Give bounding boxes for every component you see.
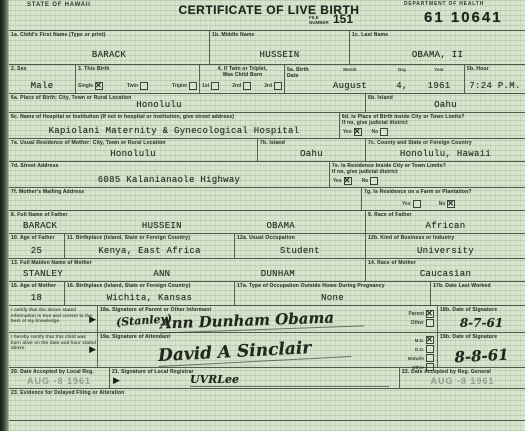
field-mailing-address: 7f. Mother's Mailing Address <box>9 188 361 210</box>
field-last-name: 1c. Last Name OBAMA, II <box>349 31 525 64</box>
field-value: 6085 Kalanianaole Highway <box>9 175 329 185</box>
row-hospital: 6c. Name of Hospital or Institution (If … <box>9 112 525 138</box>
checkbox-yes <box>413 200 421 208</box>
option-label: Yes <box>343 129 352 135</box>
statement-text: I hereby certify that this child was bor… <box>9 333 97 351</box>
field-label: 3. This Birth <box>76 65 199 72</box>
signature-arrow-icon: ▶ <box>113 376 120 385</box>
field-label: 7d. Street Address <box>9 162 329 169</box>
field-hospital: 6c. Name of Hospital or Institution (If … <box>9 113 339 138</box>
field-mother-race: 14. Race of Mother Caucasian <box>365 259 525 281</box>
field-label: 17b. Date Last Worked <box>431 282 525 289</box>
field-informant-date: 18b. Date of Signature 8-7-61 <box>437 306 525 332</box>
row-mother-name: 13. Full Maiden Name of Mother STANLEY A… <box>9 258 525 281</box>
field-value: 7:24 P.M. <box>465 81 525 91</box>
field-label: 7b. Island <box>258 139 365 146</box>
field-value: Honolulu <box>9 100 309 110</box>
checkbox-yes <box>354 128 362 136</box>
option-2nd: 2nd <box>232 82 251 90</box>
birth-date-year-header: Year <box>419 67 459 72</box>
option-label: Other <box>411 320 424 326</box>
field-label: 10. Age of Father <box>9 234 64 241</box>
date-stamp: AUG -8 1961 <box>9 376 109 386</box>
checkbox-yes <box>344 177 352 185</box>
field-this-birth: 3. This Birth Single Twin Triplet <box>75 65 199 93</box>
field-label: 5a. Birth Date <box>285 66 314 80</box>
field-twin-order: 4. If Twin or Triplet, Was Child Born 1s… <box>199 65 284 93</box>
field-residence-island: 7b. Island Oahu <box>257 139 365 161</box>
field-father-occupation: 12a. Usual Occupation Student <box>234 234 365 258</box>
file-number-label: FILE NUMBER <box>309 16 331 26</box>
option-label: 3rd <box>264 83 272 89</box>
checkbox-other <box>426 319 434 327</box>
row-place-of-birth: 6a. Place of Birth: City, Town or Rural … <box>9 93 525 112</box>
checkbox-no <box>447 200 455 208</box>
row-father-name: 8. Full Name of Father BARACK HUSSEIN OB… <box>9 210 525 233</box>
field-label: 18b. Date of Signature <box>438 306 525 313</box>
field-attendant-signature: 19a. Signature of Attendant David A Sinc… <box>97 333 437 367</box>
field-island: 6b. Island Oahu <box>365 94 525 112</box>
row-birth-details: 2. Sex Male 3. This Birth Single Twin Tr… <box>9 64 525 93</box>
field-value: OBAMA, II <box>350 50 525 60</box>
birth-date-day-header: Day <box>387 67 417 72</box>
option-label: Yes <box>402 201 411 207</box>
option-triplet: Triplet <box>172 82 197 90</box>
option-parent: Parent <box>408 310 434 318</box>
field-value: Honolulu, Hawaii <box>366 149 525 159</box>
field-label: 1a. Child's First Name (Type or print) <box>9 31 209 38</box>
field-middle-name: 1b. Middle Name HUSSEIN <box>209 31 349 64</box>
field-local-registrar-signature: 21. Signature of Local Registrar ▶ UVRLe… <box>109 368 399 388</box>
option-no: No <box>362 177 379 185</box>
field-general-reg-date: 22. Date Accepted by Reg. General AUG -8… <box>399 368 525 388</box>
row-informant-signature: I certify that the above stated informat… <box>9 305 525 332</box>
row-mother-details: 15. Age of Mother 18 16. Birthplace (Isl… <box>9 281 525 305</box>
field-label: 7f. Mother's Mailing Address <box>9 188 361 195</box>
field-informant-signature: 18a. Signature of Parent or Other Inform… <box>97 306 437 332</box>
mother-maiden-name: DUNHAM <box>261 269 295 279</box>
statement-text: I certify that the above stated informat… <box>9 306 97 324</box>
checkbox-single <box>95 82 103 90</box>
field-value: 18 <box>9 293 64 303</box>
field-label: 2. Sex <box>9 65 75 72</box>
field-value: HUSSEIN <box>210 50 349 60</box>
option-label: Yes <box>333 178 342 184</box>
row-attendant-signature: I hereby certify that this child was bor… <box>9 332 525 367</box>
field-label: 1b. Middle Name <box>210 31 349 38</box>
signature-arrow-icon: ▶ <box>89 315 96 324</box>
field-sublabel: If no, give judicial district <box>330 169 525 175</box>
field-label: 1c. Last Name <box>350 31 525 38</box>
option-no: No <box>372 128 389 136</box>
field-sex: 2. Sex Male <box>9 65 75 93</box>
field-father-birthplace: 11. Birthplace (Island, State or Foreign… <box>64 234 234 258</box>
field-label: 19b. Date of Signature <box>438 333 525 340</box>
row-father-details: 10. Age of Father 25 11. Birthplace (Isl… <box>9 233 525 258</box>
field-evidence: 23. Evidence for Delayed Filing or Alter… <box>9 389 525 420</box>
field-sublabel: If no, give judicial district <box>340 120 525 126</box>
local-registrar-signature: UVRLee <box>190 373 389 387</box>
checkbox-do <box>426 345 434 353</box>
father-middle-name: HUSSEIN <box>142 221 182 231</box>
option-label: Twin <box>127 83 138 89</box>
field-value: Kapiolani Maternity & Gynecological Hosp… <box>9 126 339 136</box>
field-farm: 7g. Is Residence on a Farm or Plantation… <box>361 188 525 210</box>
option-yes: Yes <box>402 200 421 208</box>
document-title: CERTIFICATE OF LIVE BIRTH <box>139 3 399 17</box>
row-child-name: 1a. Child's First Name (Type or print) B… <box>9 30 525 64</box>
row-registrar: 20. Date Accepted by Local Reg. AUG -8 1… <box>9 367 525 388</box>
checkbox-parent <box>426 310 434 318</box>
field-date-last-worked: 17b. Date Last Worked <box>430 282 525 305</box>
birth-date-month-header: Month <box>315 67 385 72</box>
field-value: Kenya, East Africa <box>65 246 234 256</box>
field-value: BARACK <box>9 50 209 60</box>
field-label: 7a. Usual Residence of Mother: City, Tow… <box>9 139 257 146</box>
option-label: No <box>439 201 446 207</box>
field-value: Oahu <box>366 100 525 110</box>
field-residence-county: 7c. County and State or Foreign Country … <box>365 139 525 161</box>
mother-first-name: STANLEY <box>23 269 63 279</box>
option-other: Other <box>408 319 434 327</box>
option-yes: Yes <box>343 128 362 136</box>
parent-certification-statement: I certify that the above stated informat… <box>9 306 97 332</box>
field-mother-birthplace: 16. Birthplace (Island, State or Foreign… <box>64 282 234 305</box>
department-name: DEPARTMENT OF HEALTH <box>404 1 484 7</box>
signature-arrow-icon: ▶ <box>89 345 96 354</box>
date-stamp: AUG -8 1961 <box>400 376 525 386</box>
field-label: 22. Date Accepted by Reg. General <box>400 368 525 375</box>
field-label: 5b. Hour <box>465 65 525 72</box>
field-label: 12b. Kind of Business or Industry <box>366 234 525 241</box>
option-label: Triplet <box>172 83 187 89</box>
binding-edge-shadow <box>0 0 9 431</box>
option-label: 2nd <box>232 83 241 89</box>
field-label: 15. Age of Mother <box>9 282 64 289</box>
field-value: Student <box>235 246 365 256</box>
field-father-name: 8. Full Name of Father BARACK HUSSEIN OB… <box>9 211 365 233</box>
birth-year: 1961 <box>419 81 459 91</box>
field-value: 8-7-61 <box>438 316 525 330</box>
mother-middle-name: ANN <box>153 269 170 279</box>
checkbox-triplet <box>189 82 197 90</box>
field-residence-city: 7a. Usual Residence of Mother: City, Tow… <box>9 139 257 161</box>
field-value: 8-8-61 <box>438 345 525 368</box>
row-residence: 7a. Usual Residence of Mother: City, Tow… <box>9 138 525 161</box>
checkbox-md <box>426 336 434 344</box>
file-number: 151 <box>333 12 353 26</box>
checkbox-no <box>380 128 388 136</box>
field-value: Honolulu <box>9 149 257 159</box>
option-label: No <box>372 129 379 135</box>
field-mother-age: 15. Age of Mother 18 <box>9 282 64 305</box>
option-md: M.D. <box>408 336 434 344</box>
field-label: 19a. Signature of Attendant <box>98 333 437 340</box>
field-place-of-birth: 6a. Place of Birth: City, Town or Rural … <box>9 94 365 112</box>
checkbox-1st <box>211 82 219 90</box>
field-street-address: 7d. Street Address 6085 Kalanianaole Hig… <box>9 162 329 187</box>
field-value: 25 <box>9 246 64 256</box>
field-value: African <box>366 221 525 231</box>
field-label: 11. Birthplace (Island, State or Foreign… <box>65 234 234 241</box>
father-first-name: BARACK <box>23 221 57 231</box>
field-label: 8. Full Name of Father <box>9 211 365 218</box>
field-mother-name: 13. Full Maiden Name of Mother STANLEY A… <box>9 259 365 281</box>
field-label: 7g. Is Residence on a Farm or Plantation… <box>362 188 525 195</box>
checkbox-midwife <box>426 354 434 362</box>
row-mailing-address: 7f. Mother's Mailing Address 7g. Is Resi… <box>9 187 525 210</box>
attendant-certification-statement: I hereby certify that this child was bor… <box>9 333 97 367</box>
field-local-reg-date: 20. Date Accepted by Local Reg. AUG -8 1… <box>9 368 109 388</box>
checkbox-3rd <box>274 82 282 90</box>
option-do: D.O. <box>408 345 434 353</box>
row-street-address: 7d. Street Address 6085 Kalanianaole Hig… <box>9 161 525 187</box>
field-label: 13. Full Maiden Name of Mother <box>9 259 365 266</box>
checkbox-2nd <box>243 82 251 90</box>
field-father-race: 9. Race of Father African <box>365 211 525 233</box>
field-value: University <box>366 246 525 256</box>
checkbox-no <box>370 177 378 185</box>
option-no: No <box>439 200 456 208</box>
option-yes: Yes <box>333 177 352 185</box>
option-twin: Twin <box>127 82 148 90</box>
option-3rd: 3rd <box>264 82 282 90</box>
field-attendant-date: 19b. Date of Signature 8-8-61 <box>437 333 525 367</box>
option-single: Single <box>78 82 103 90</box>
option-midwife: Midwife <box>408 354 434 362</box>
field-label: 7c. County and State or Foreign Country <box>366 139 525 146</box>
attendant-signature: David A Sinclair <box>158 336 352 367</box>
option-label: Midwife <box>408 356 424 361</box>
option-label: 1st <box>202 83 209 89</box>
field-father-industry: 12b. Kind of Business or Industry Univer… <box>365 234 525 258</box>
field-value: BARACK HUSSEIN OBAMA <box>23 221 295 231</box>
field-value: Male <box>9 81 75 91</box>
field-label: 14. Race of Mother <box>366 259 525 266</box>
option-label: D.O. <box>415 347 424 352</box>
field-hour: 5b. Hour 7:24 P.M. <box>464 65 525 93</box>
option-label: M.D. <box>415 338 424 343</box>
field-father-age: 10. Age of Father 25 <box>9 234 64 258</box>
checkbox-twin <box>140 82 148 90</box>
option-label: Parent <box>408 311 424 317</box>
birth-month: August <box>315 81 385 91</box>
field-child-first-name: 1a. Child's First Name (Type or print) B… <box>9 31 209 64</box>
certificate-number: 61 10641 <box>424 9 503 26</box>
field-label: 17a. Type of Occupation Outside Home Dur… <box>235 282 430 289</box>
birth-certificate-document: STATE OF HAWAII CERTIFICATE OF LIVE BIRT… <box>0 0 525 431</box>
birth-day: 4, <box>387 81 417 91</box>
field-value: Caucasian <box>366 269 525 279</box>
field-label: 16. Birthplace (Island, State or Foreign… <box>65 282 234 289</box>
field-mother-occupation: 17a. Type of Occupation Outside Home Dur… <box>234 282 430 305</box>
field-value: Wichita, Kansas <box>65 293 234 303</box>
bottom-rule <box>9 420 525 421</box>
option-label: Single <box>78 83 93 89</box>
option-1st: 1st <box>202 82 219 90</box>
field-label: 9. Race of Father <box>366 211 525 218</box>
field-label-2: Was Child Born <box>200 72 284 78</box>
field-label: 20. Date Accepted by Local Reg. <box>9 368 109 375</box>
field-label: 23. Evidence for Delayed Filing or Alter… <box>9 389 525 396</box>
state-name: STATE OF HAWAII <box>27 2 91 8</box>
father-last-name: OBAMA <box>266 221 295 231</box>
field-value: None <box>235 293 430 303</box>
field-label: 6c. Name of Hospital or Institution (If … <box>9 113 339 120</box>
option-label: No <box>362 178 369 184</box>
field-birth-in-limits: 6d. Is Place of Birth Inside City or Tow… <box>339 113 525 138</box>
field-residence-in-limits: 7e. Is Residence Inside City or Town Lim… <box>329 162 525 187</box>
field-value: Oahu <box>258 149 365 159</box>
row-evidence: 23. Evidence for Delayed Filing or Alter… <box>9 388 525 420</box>
field-value: STANLEY ANN DUNHAM <box>23 269 295 279</box>
field-label: 12a. Usual Occupation <box>235 234 365 241</box>
document-header: STATE OF HAWAII CERTIFICATE OF LIVE BIRT… <box>9 0 525 30</box>
field-birth-date: 5a. Birth Date Month Day Year August 4, … <box>284 65 464 93</box>
